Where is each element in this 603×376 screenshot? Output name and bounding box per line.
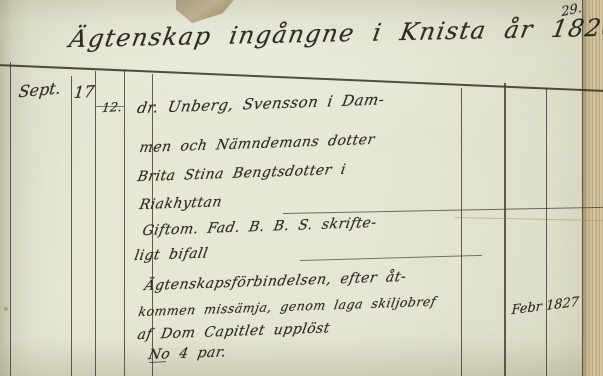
entry-line-3: Brita Stina Bengtsdotter i bbox=[136, 162, 347, 185]
column-rule-2 bbox=[71, 76, 72, 376]
entry-line-9: af Dom Capitlet upplöst bbox=[136, 320, 331, 343]
book-edge bbox=[582, 0, 603, 376]
entry-number: 12. bbox=[101, 99, 123, 115]
entry-line-5: Giftom. Fad. B. B. S. skrifte- bbox=[141, 215, 378, 239]
entry-line-6: ligt bifall bbox=[133, 245, 209, 264]
entry-day: 17 bbox=[73, 82, 95, 103]
page-title: Ägtenskap ingångne i Knista år 1826 bbox=[67, 13, 603, 53]
entry-line-7: Ägtenskapsförbindelsen, efter åt- bbox=[143, 269, 407, 294]
paper-patch bbox=[176, 0, 234, 23]
column-rule-3 bbox=[95, 71, 96, 376]
entry-month: Sept. bbox=[18, 78, 62, 101]
pen-rule bbox=[283, 207, 603, 214]
entry-line-1: dr. Unberg, Svensson i Dam- bbox=[136, 90, 386, 117]
column-rule-margin bbox=[10, 62, 11, 376]
entry-line-2: men och Nämndemans dotter bbox=[138, 132, 376, 156]
entry-line-10: No 4 par. bbox=[147, 344, 228, 363]
manuscript-page: 29. Ägtenskap ingångne i Knista år 1826 … bbox=[0, 0, 603, 376]
entry-line-8: kommen missämja, genom laga skiljobref bbox=[137, 294, 437, 319]
paper-crease bbox=[455, 217, 603, 221]
flourish-rule bbox=[300, 255, 482, 261]
column-rule-8 bbox=[546, 88, 547, 376]
column-rule-6 bbox=[461, 88, 462, 376]
column-rule-7 bbox=[504, 83, 506, 376]
paper-speck bbox=[4, 307, 8, 311]
entry-line-4: Riakhyttan bbox=[138, 194, 223, 213]
column-rule-4 bbox=[124, 70, 125, 376]
